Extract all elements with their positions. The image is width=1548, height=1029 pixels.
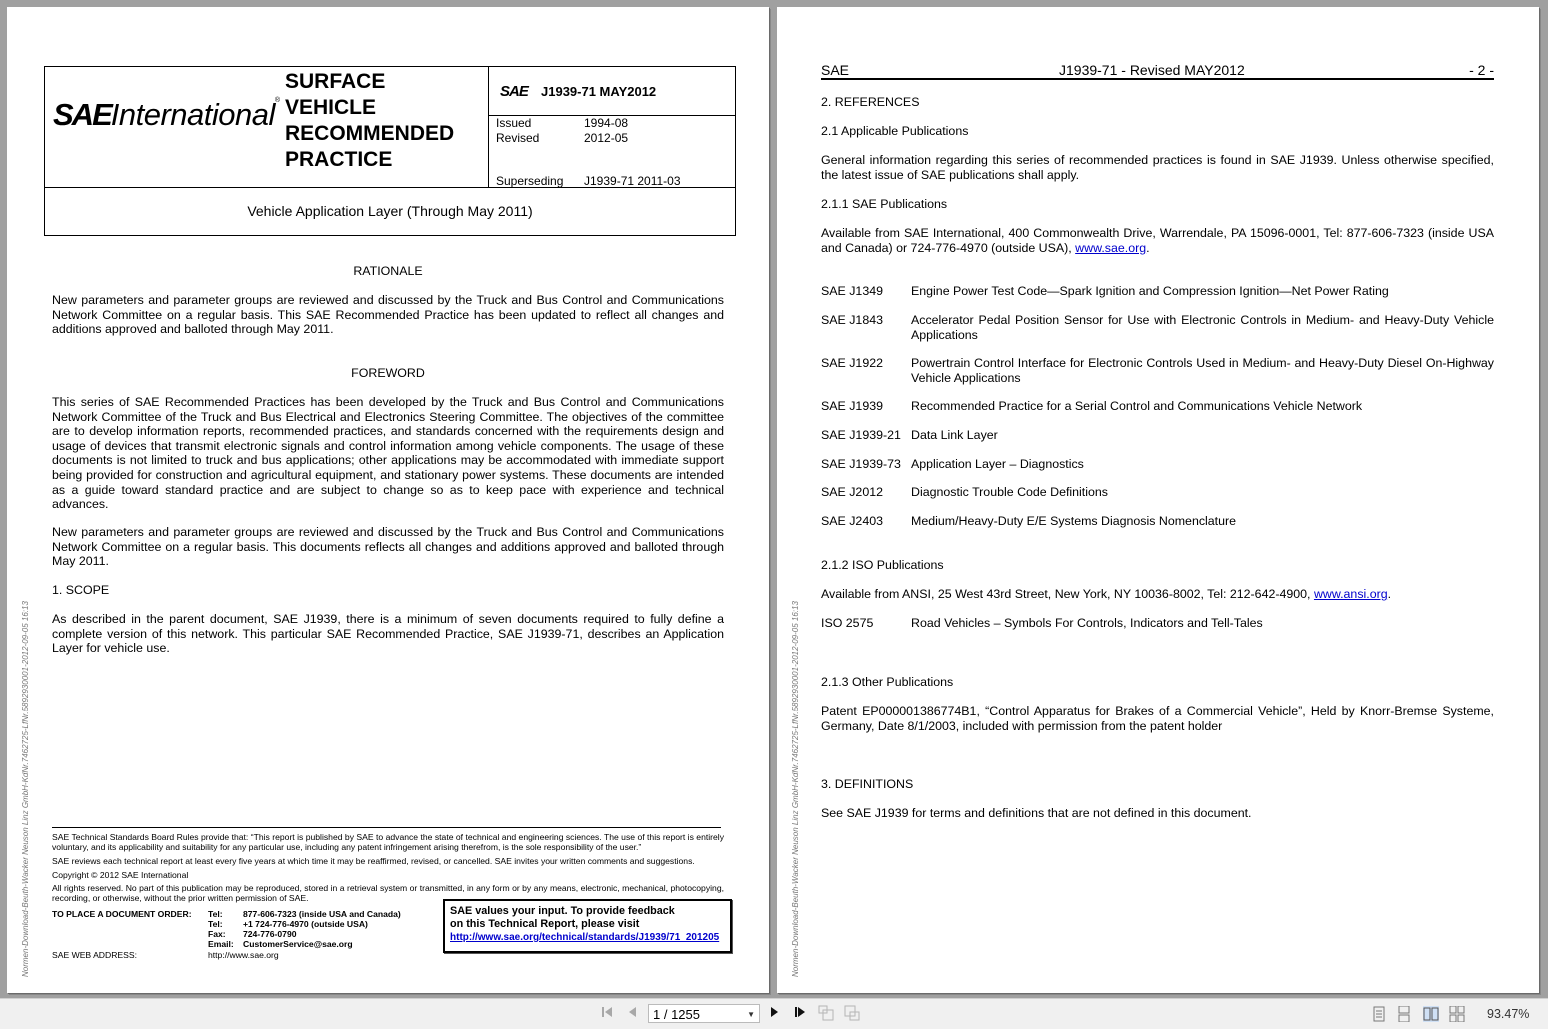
review-text: SAE reviews each technical report at lea… [52,856,724,866]
section-2-1-3-text: Patent EP000001386774B1, “Control Appara… [821,704,1494,734]
rationale-text: New parameters and parameter groups are … [52,293,724,337]
feedback-link[interactable]: http://www.sae.org/technical/standards/J… [450,932,719,943]
section-2-1-1-text: Available from SAE International, 400 Co… [821,226,1494,256]
scope-heading: 1. SCOPE [52,583,724,598]
issued-row: Issued1994-08 [496,116,628,130]
reference-row: SAE J1939-21Data Link Layer [821,428,1494,443]
section-2-1-1-heading: 2.1.1 SAE Publications [821,197,1494,212]
foreword-heading: FOREWORD [52,366,724,380]
continuous-view-icon[interactable] [1396,1006,1412,1022]
order-label: TO PLACE A DOCUMENT ORDER: [52,909,192,919]
section-3-text: See SAE J1939 for terms and definitions … [821,806,1494,821]
single-page-view-icon[interactable] [1371,1006,1387,1022]
title-block: SAEInternational® SURFACE VEHICLE RECOMM… [44,66,736,236]
foreword-paragraph-2: New parameters and parameter groups are … [52,525,724,569]
reference-row: ISO 2575Road Vehicles – Symbols For Cont… [821,616,1494,631]
order-contacts: Tel:877-606-7323 (inside USA and Canada)… [208,909,401,949]
section-2-1-2-text: Available from ANSI, 25 West 43rd Street… [821,587,1494,602]
foreword-paragraph-1: This series of SAE Recommended Practices… [52,395,724,512]
document-id: SAE J1939-71 MAY2012 [489,67,736,116]
document-viewport[interactable]: Normen-Download-Beuth-Wacker Neuson Linz… [0,0,1548,998]
web-address-label: SAE WEB ADDRESS: [52,950,137,960]
section-3-heading: 3. DEFINITIONS [821,777,1494,792]
section-2-1-2-heading: 2.1.2 ISO Publications [821,558,1494,573]
reference-row: SAE J1843Accelerator Pedal Position Sens… [821,313,1494,343]
copyright-text: Copyright © 2012 SAE International [52,870,724,880]
previous-page-icon[interactable] [623,1005,641,1023]
document-subtitle: Vehicle Application Layer (Through May 2… [45,203,735,219]
reference-row: SAE J1939Recommended Practice for a Seri… [821,399,1494,414]
reference-row: SAE J1349Engine Power Test Code—Spark Ig… [821,284,1494,299]
revised-row: Revised2012-05 [496,131,628,145]
next-view-icon[interactable] [843,1005,861,1023]
scope-text: As described in the parent document, SAE… [52,612,724,656]
section-2-1-heading: 2.1 Applicable Publications [821,124,1494,139]
last-page-icon[interactable] [791,1005,809,1023]
document-type-title: SURFACE VEHICLE RECOMMENDED PRACTICE [285,69,454,173]
feedback-box: SAE values your input. To provide feedba… [443,899,732,953]
ansi-website-link[interactable]: www.ansi.org [1314,587,1388,601]
page-number-field[interactable]: 1 / 1255 ▼ [648,1004,760,1023]
sae-website-link[interactable]: www.sae.org [1075,241,1146,255]
section-2-1-text: General information regarding this serie… [821,153,1494,183]
first-page-icon[interactable] [598,1005,616,1023]
page-1: Normen-Download-Beuth-Wacker Neuson Linz… [7,7,769,993]
reference-row: SAE J2403Medium/Heavy-Duty E/E Systems D… [821,514,1494,529]
sae-logo-small: SAE [500,83,528,100]
navigation-toolbar: 1 / 1255 ▼ 93.47% [0,998,1548,1029]
page-2: Normen-Download-Beuth-Wacker Neuson Linz… [777,7,1539,993]
page-dropdown-icon[interactable]: ▼ [747,1005,755,1024]
superseding-row: SupersedingJ1939-71 2011-03 [496,174,681,188]
download-watermark: Normen-Download-Beuth-Wacker Neuson Linz… [791,601,800,977]
web-address-value: http://www.sae.org [208,950,279,960]
reference-row: SAE J2012Diagnostic Trouble Code Definit… [821,485,1494,500]
continuous-facing-view-icon[interactable] [1449,1006,1465,1022]
section-2-heading: 2. REFERENCES [821,95,1494,110]
reference-row: SAE J1922Powertrain Control Interface fo… [821,356,1494,386]
download-watermark: Normen-Download-Beuth-Wacker Neuson Linz… [21,601,30,977]
zoom-level[interactable]: 93.47% [1487,1007,1529,1021]
next-page-icon[interactable] [766,1005,784,1023]
previous-view-icon[interactable] [817,1005,835,1023]
reference-row: SAE J1939-73Application Layer – Diagnost… [821,457,1494,472]
sae-international-logo: SAEInternational® [53,97,280,133]
footer-divider [52,827,721,828]
board-rules-text: SAE Technical Standards Board Rules prov… [52,832,724,852]
running-header: SAE J1939-71 - Revised MAY2012 - 2 - [821,62,1494,80]
rationale-heading: RATIONALE [52,264,724,278]
section-2-1-3-heading: 2.1.3 Other Publications [821,675,1494,690]
facing-pages-view-icon[interactable] [1423,1006,1439,1022]
